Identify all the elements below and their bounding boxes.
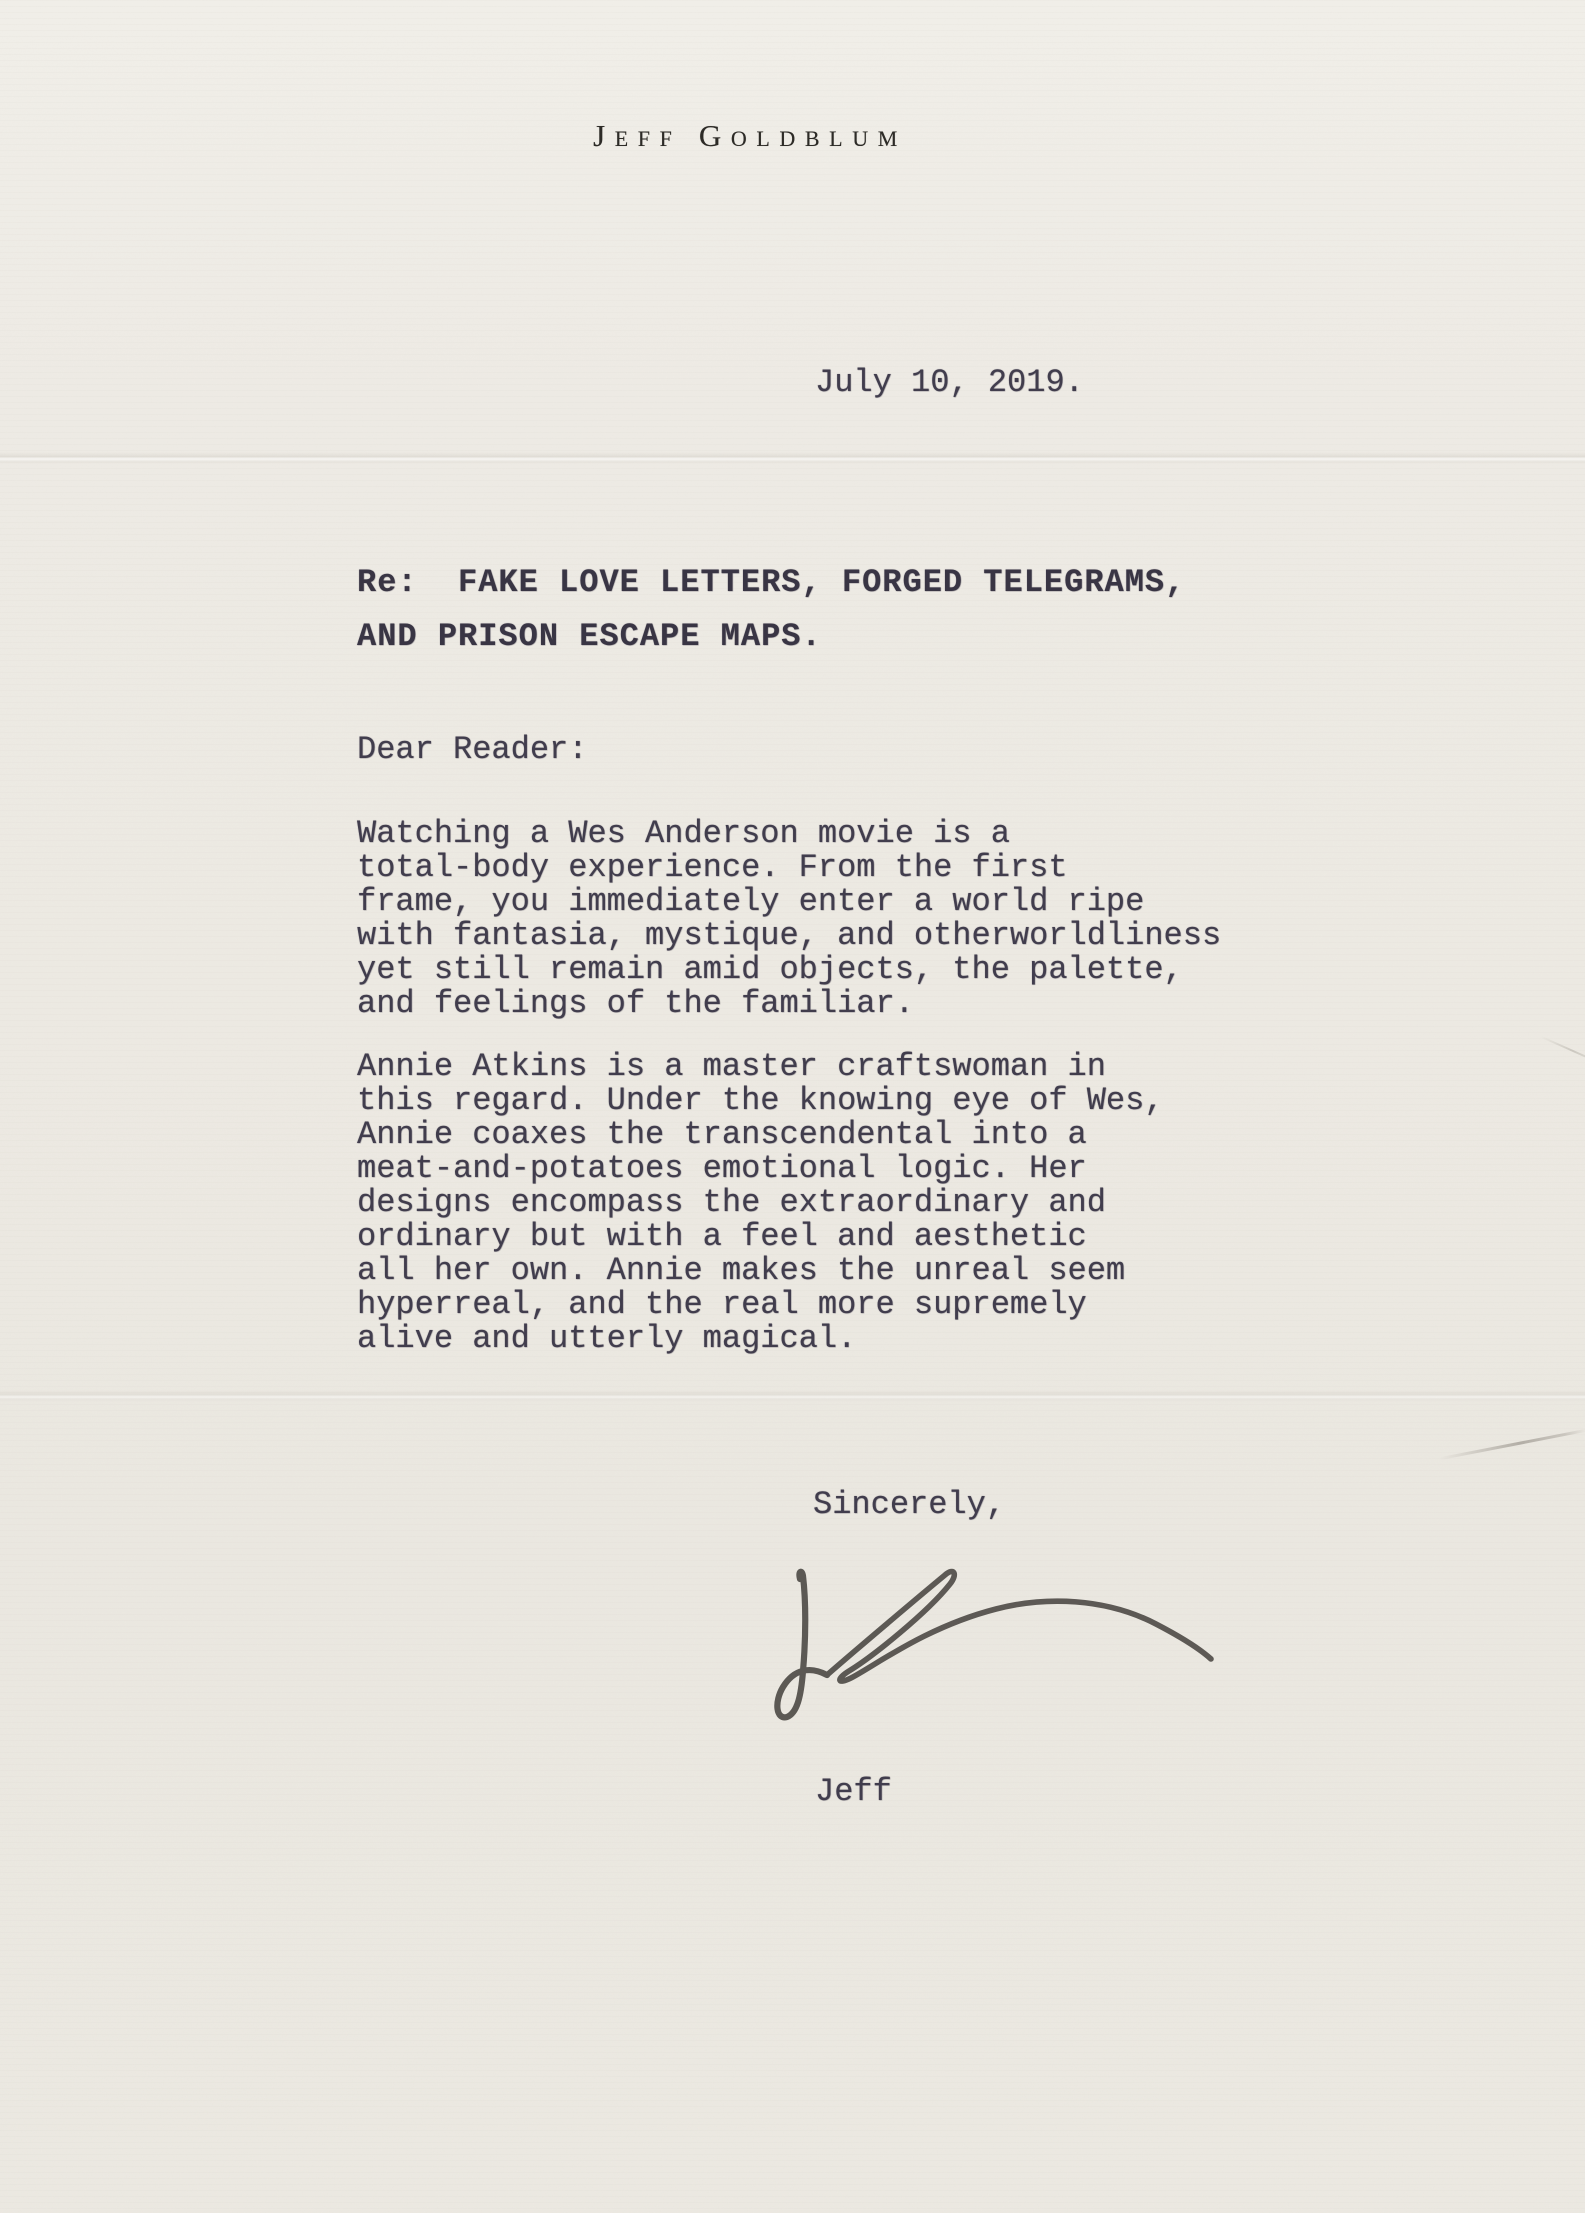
letterhead-name: Jeff Goldblum xyxy=(0,118,1500,154)
valediction: Sincerely, xyxy=(813,1488,1005,1522)
body-paragraph-2: Annie Atkins is a master craftswoman in … xyxy=(357,1050,1164,1356)
body-paragraph-1: Watching a Wes Anderson movie is a total… xyxy=(357,817,1221,1021)
corner-crease xyxy=(1439,1429,1585,1461)
signature-handwritten xyxy=(756,1545,1236,1755)
date-line: July 10, 2019. xyxy=(815,366,1084,400)
signature-typed-name: Jeff xyxy=(815,1775,892,1809)
subject-line: Re: FAKE LOVE LETTERS, FORGED TELEGRAMS,… xyxy=(357,556,1185,664)
fold-crease-bottom xyxy=(0,1390,1585,1402)
fold-crease-top xyxy=(0,452,1585,464)
salutation: Dear Reader: xyxy=(357,733,587,767)
edge-crease xyxy=(1541,1036,1585,1066)
letter-page: Jeff Goldblum July 10, 2019. Re: FAKE LO… xyxy=(0,0,1585,2213)
